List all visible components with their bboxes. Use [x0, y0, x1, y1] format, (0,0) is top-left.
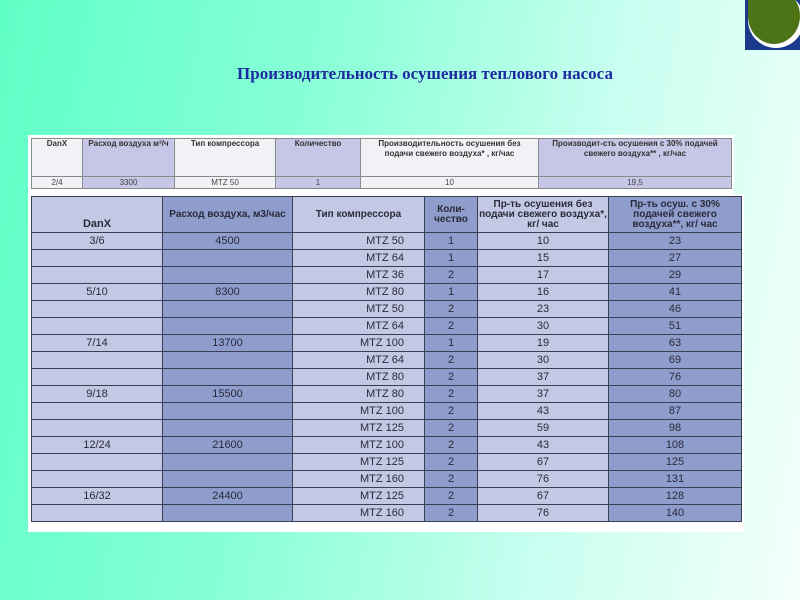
cell	[163, 471, 293, 488]
cell: 37	[478, 369, 609, 386]
cell: 43	[478, 403, 609, 420]
cell: 30	[478, 352, 609, 369]
header-cell: Расход воздуха, м3/час	[163, 197, 293, 233]
cell: 128	[609, 488, 742, 505]
table-row: MTZ 6423069	[32, 352, 742, 369]
table-row: MTZ 125267125	[32, 454, 742, 471]
table-row: MTZ 160276140	[32, 505, 742, 522]
cell: 5/10	[32, 284, 163, 301]
cell	[32, 420, 163, 437]
header-cell: Производит-сть осушения с 30% подачей св…	[539, 139, 732, 177]
company-logo-icon	[745, 0, 800, 50]
header-cell: Тип компрессора	[293, 197, 425, 233]
cell: 10	[361, 177, 539, 189]
table-row: 9/1815500MTZ 8023780	[32, 386, 742, 403]
cell	[163, 301, 293, 318]
cell: 2	[425, 437, 478, 454]
cell: 2	[425, 488, 478, 505]
cell: 76	[478, 471, 609, 488]
main-table-frame: DanX Расход воздуха, м3/час Тип компресс…	[28, 194, 744, 532]
cell: 43	[478, 437, 609, 454]
cell: 3300	[83, 177, 175, 189]
cell	[163, 318, 293, 335]
cell: 67	[478, 454, 609, 471]
header-cell: Расход воздуха м³/ч	[83, 139, 175, 177]
summary-table: DanX Расход воздуха м³/ч Тип компрессора…	[31, 138, 732, 189]
cell	[163, 505, 293, 522]
main-table: DanX Расход воздуха, м3/час Тип компресс…	[31, 196, 742, 522]
main-header-row: DanX Расход воздуха, м3/час Тип компресс…	[32, 197, 742, 233]
cell: 15	[478, 250, 609, 267]
table-row: 3/64500MTZ 5011023	[32, 233, 742, 250]
cell: 3/6	[32, 233, 163, 250]
cell: 2	[425, 386, 478, 403]
cell: MTZ 100	[293, 403, 425, 420]
table-row: MTZ 160276131	[32, 471, 742, 488]
cell: 87	[609, 403, 742, 420]
cell: MTZ 100	[293, 335, 425, 352]
cell: 21600	[163, 437, 293, 454]
cell: 76	[609, 369, 742, 386]
cell	[163, 369, 293, 386]
table-row: 12/2421600MTZ 100243108	[32, 437, 742, 454]
cell: 2	[425, 403, 478, 420]
cell	[32, 454, 163, 471]
cell: 17	[478, 267, 609, 284]
cell: 80	[609, 386, 742, 403]
table-row: MTZ 8023776	[32, 369, 742, 386]
cell: 41	[609, 284, 742, 301]
cell: MTZ 64	[293, 352, 425, 369]
cell	[163, 403, 293, 420]
cell: 1	[425, 250, 478, 267]
cell: 2	[425, 505, 478, 522]
table-row: 5/108300MTZ 8011641	[32, 284, 742, 301]
cell: 108	[609, 437, 742, 454]
cell: MTZ 64	[293, 318, 425, 335]
cell	[163, 454, 293, 471]
table-row: MTZ 6423051	[32, 318, 742, 335]
cell: 15500	[163, 386, 293, 403]
cell: 2	[425, 454, 478, 471]
cell: 1	[425, 335, 478, 352]
header-cell: DanX	[32, 197, 163, 233]
cell: 63	[609, 335, 742, 352]
cell: 2	[425, 352, 478, 369]
header-cell: DanX	[32, 139, 83, 177]
table-row: MTZ 12525998	[32, 420, 742, 437]
cell: 29	[609, 267, 742, 284]
page-title: Производительность осушения теплового на…	[0, 64, 800, 84]
cell: 2	[425, 318, 478, 335]
summary-table-frame: DanX Расход воздуха м³/ч Тип компрессора…	[28, 135, 734, 194]
cell: 59	[478, 420, 609, 437]
cell: 98	[609, 420, 742, 437]
cell: MTZ 160	[293, 505, 425, 522]
table-row: 7/1413700MTZ 10011963	[32, 335, 742, 352]
cell	[32, 505, 163, 522]
cell: 140	[609, 505, 742, 522]
header-cell: Количество	[276, 139, 361, 177]
cell: MTZ 80	[293, 284, 425, 301]
cell: 2	[425, 369, 478, 386]
cell: 46	[609, 301, 742, 318]
table-row: MTZ 3621729	[32, 267, 742, 284]
cell: 16	[478, 284, 609, 301]
cell	[32, 369, 163, 386]
cell: 13700	[163, 335, 293, 352]
cell: MTZ 125	[293, 420, 425, 437]
cell: 12/24	[32, 437, 163, 454]
cell	[163, 352, 293, 369]
cell	[163, 250, 293, 267]
header-cell: Производительность осушения без подачи с…	[361, 139, 539, 177]
header-cell: Тип компрессора	[175, 139, 276, 177]
summary-data-row: 2/4 3300 MTZ 50 1 10 19,5	[32, 177, 732, 189]
cell: 30	[478, 318, 609, 335]
cell	[32, 352, 163, 369]
cell: 2	[425, 471, 478, 488]
cell: 8300	[163, 284, 293, 301]
cell	[32, 403, 163, 420]
cell: MTZ 80	[293, 369, 425, 386]
table-row: MTZ 6411527	[32, 250, 742, 267]
cell: MTZ 50	[175, 177, 276, 189]
cell: 2	[425, 420, 478, 437]
cell: 9/18	[32, 386, 163, 403]
cell: MTZ 64	[293, 250, 425, 267]
cell: 7/14	[32, 335, 163, 352]
table-row: MTZ 10024387	[32, 403, 742, 420]
cell	[32, 301, 163, 318]
cell: 10	[478, 233, 609, 250]
cell: 2	[425, 301, 478, 318]
cell: 19	[478, 335, 609, 352]
cell: 27	[609, 250, 742, 267]
cell: 2	[425, 267, 478, 284]
cell: 69	[609, 352, 742, 369]
cell: MTZ 50	[293, 301, 425, 318]
cell	[32, 250, 163, 267]
cell	[163, 267, 293, 284]
cell: 16/32	[32, 488, 163, 505]
cell: 67	[478, 488, 609, 505]
cell: 131	[609, 471, 742, 488]
cell	[163, 420, 293, 437]
cell: 37	[478, 386, 609, 403]
cell	[32, 471, 163, 488]
cell: MTZ 125	[293, 488, 425, 505]
cell: 125	[609, 454, 742, 471]
table-row: MTZ 5022346	[32, 301, 742, 318]
cell: 19,5	[539, 177, 732, 189]
summary-header-row: DanX Расход воздуха м³/ч Тип компрессора…	[32, 139, 732, 177]
cell: MTZ 160	[293, 471, 425, 488]
cell: 23	[609, 233, 742, 250]
cell: 1	[425, 233, 478, 250]
cell: MTZ 80	[293, 386, 425, 403]
cell: 23	[478, 301, 609, 318]
cell: MTZ 36	[293, 267, 425, 284]
cell: 76	[478, 505, 609, 522]
cell: 24400	[163, 488, 293, 505]
cell: MTZ 100	[293, 437, 425, 454]
cell: 1	[425, 284, 478, 301]
cell	[32, 318, 163, 335]
header-cell: Пр-ть осушения без подачи свежего воздух…	[478, 197, 609, 233]
cell	[32, 267, 163, 284]
cell: 2/4	[32, 177, 83, 189]
cell: 51	[609, 318, 742, 335]
table-row: 16/3224400MTZ 125267128	[32, 488, 742, 505]
cell: MTZ 50	[293, 233, 425, 250]
cell: 4500	[163, 233, 293, 250]
header-cell: Пр-ть осуш. с 30% подачей свежего воздух…	[609, 197, 742, 233]
header-cell: Коли-чество	[425, 197, 478, 233]
cell: 1	[276, 177, 361, 189]
cell: MTZ 125	[293, 454, 425, 471]
